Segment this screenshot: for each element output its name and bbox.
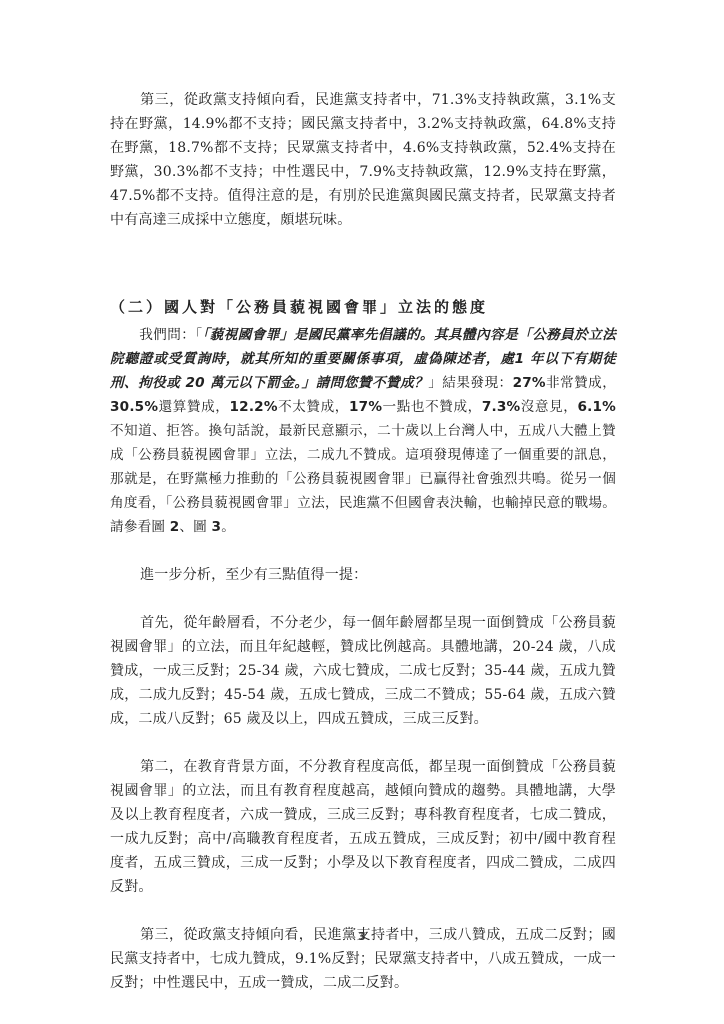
intro-prefix: 我們問：「	[139, 327, 202, 343]
result-value: 7.3%	[482, 399, 521, 415]
result-value: 27%	[513, 375, 546, 391]
paragraph-party-support: 第三，從政黨支持傾向看，民進黨支持者中，71.3%支持執政黨，3.1%支持在野黨…	[110, 88, 616, 232]
document-page: 第三，從政黨支持傾向看，民進黨支持者中，71.3%支持執政黨，3.1%支持在野黨…	[110, 88, 616, 995]
result-value: 12.2%	[230, 399, 278, 415]
section-heading: （二）國人對「公務員藐視國會罪」立法的態度	[110, 296, 616, 317]
paragraph-age-analysis: 首先，從年齡層看，不分老少，每一個年齡層都呈現一面倒贊成「公務員藐視國會罪」的立…	[110, 611, 616, 731]
figure-ref: 2	[170, 519, 180, 535]
result-value: 30.5%	[110, 399, 158, 415]
figure-ref: 3	[212, 519, 222, 535]
result-value: 17%	[349, 399, 382, 415]
result-value: 6.1%	[578, 399, 617, 415]
paragraph-education-analysis: 第二，在教育背景方面，不分教育程度高低，都呈現一面倒贊成「公務員藐視國會罪」的立…	[110, 755, 616, 899]
paragraph-analysis-intro: 進一步分析，至少有三點值得一提：	[110, 563, 616, 587]
page-number: 3	[0, 930, 724, 943]
paragraph-survey-question: 我們問：「「藐視國會罪」是國民黨率先倡議的。其具體內容是「公務員於立法院聽證或受…	[110, 323, 616, 539]
